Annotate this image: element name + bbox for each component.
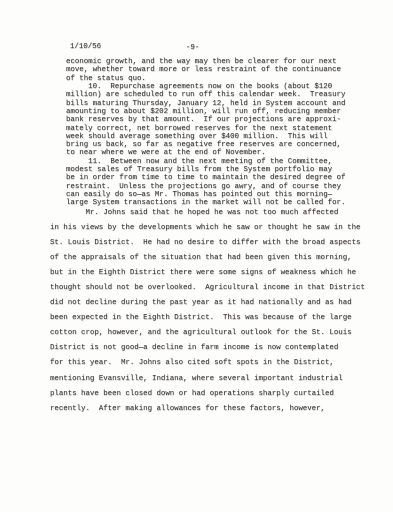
text-line: recently. After making allowances for th… (50, 402, 370, 417)
page-number: -9- (186, 44, 199, 52)
text-line: million) are scheduled to run off this c… (66, 91, 366, 99)
text-line: bank reserves by that amount. If our pro… (66, 116, 366, 124)
text-line: restraint. Unless the projections go awr… (66, 183, 366, 191)
johns-statement-paragraph: Mr. Johns said that he hoped he was not … (50, 206, 370, 417)
text-line: District is not good—a decline in farm i… (50, 341, 370, 356)
text-line: Mr. Johns said that he hoped he was not … (50, 206, 370, 221)
text-line: mately correct, net borrowed reserves fo… (66, 125, 366, 133)
text-line: St. Louis District. He had no desire to … (50, 236, 370, 251)
text-line: be in order from time to time to maintai… (66, 174, 366, 182)
text-line: mentioning Evansville, Indiana, where se… (50, 372, 370, 387)
text-line: to near where we were at the end of Nove… (66, 149, 366, 157)
text-line: bills maturing Thursday, January 12, hel… (66, 100, 366, 108)
text-line: cotton crop, however, and the agricultur… (50, 326, 370, 341)
memo-date: 1/10/56 (70, 43, 101, 51)
text-line: week should average something over $400 … (66, 133, 366, 141)
text-line: 11. Between now and the next meeting of … (66, 158, 366, 166)
text-line: been expected in the Eighth District. Th… (50, 311, 370, 326)
text-line: amounting to about $202 million, will ru… (66, 108, 366, 116)
text-line: for this year. Mr. Johns also cited soft… (50, 356, 370, 371)
text-line: thought should not be overlooked. Agricu… (50, 281, 370, 296)
text-line: 10. Repurchase agreements now on the boo… (66, 83, 366, 91)
text-line: of the appraisals of the situation that … (50, 251, 370, 266)
text-line: did not decline during the past year as … (50, 296, 370, 311)
text-line: of the status quo. (66, 75, 366, 83)
text-line: move, whether toward more or less restra… (66, 66, 366, 74)
text-line: but in the Eighth District there were so… (50, 266, 370, 281)
text-line: plants have been closed down or had oper… (50, 387, 370, 402)
memo-numbered-section: economic growth, and the way may then be… (66, 58, 366, 208)
text-line: in his views by the developments which h… (50, 221, 370, 236)
scanned-document-page: 1/10/56 -9- economic growth, and the way… (0, 0, 393, 512)
